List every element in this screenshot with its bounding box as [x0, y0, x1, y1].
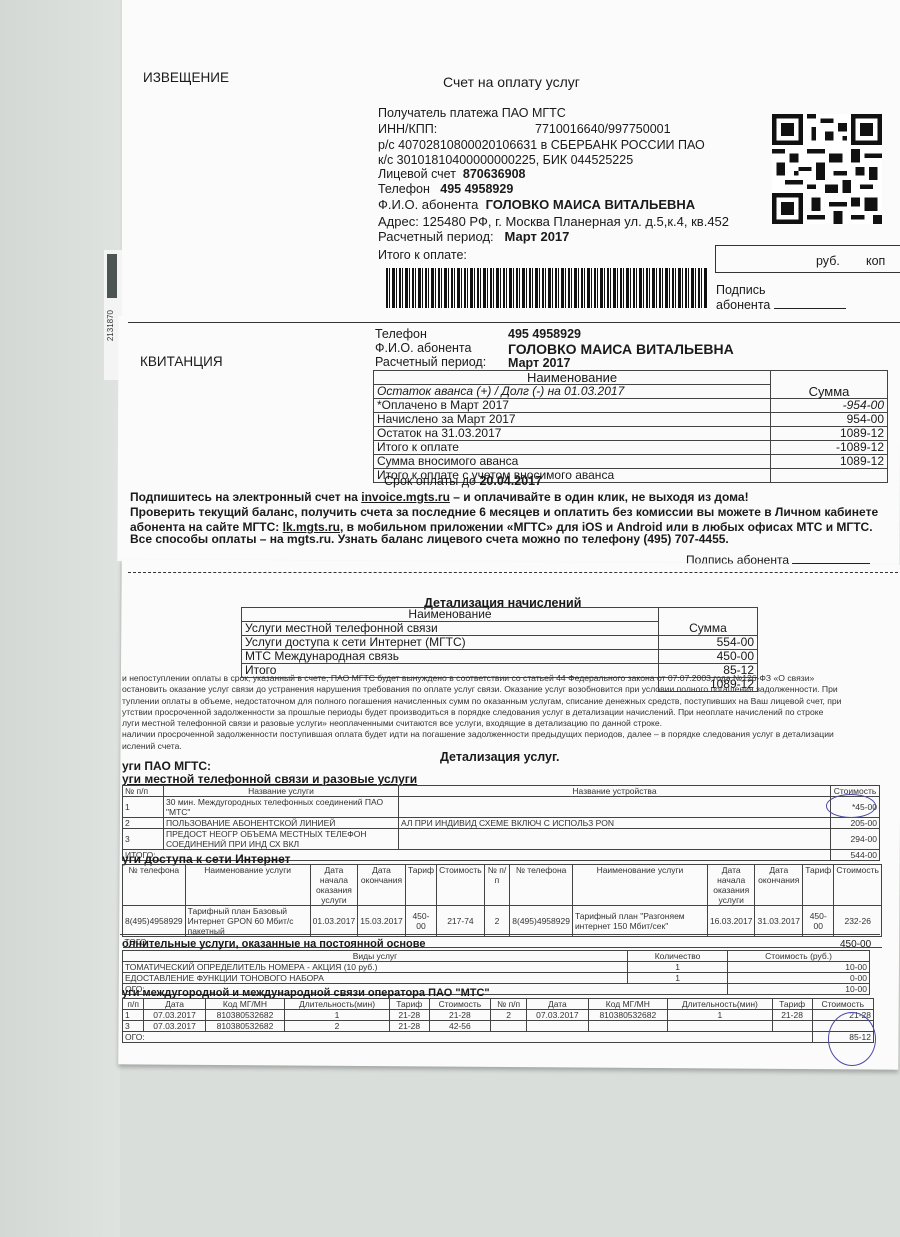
col-header: Код МГ/МН: [205, 999, 285, 1010]
cell: 15.03.2017: [358, 906, 406, 937]
cell: 10-00: [728, 984, 870, 995]
col-header: Дата: [144, 999, 205, 1010]
row-name: *Оплачено в Март 2017: [374, 399, 771, 413]
cell: 42-56: [429, 1021, 490, 1032]
col-sum-header: Сумма: [659, 608, 758, 636]
col-header: № телефона: [123, 865, 186, 906]
services-title: Детализация услуг.: [440, 750, 559, 765]
cell: 1: [123, 1010, 144, 1021]
phone-label: Телефон: [378, 182, 430, 196]
cell: 31.03.2017: [755, 906, 803, 937]
receipt-period-label: Расчетный период:: [375, 355, 486, 370]
cell: 1: [123, 797, 164, 818]
cell: 2: [491, 1010, 527, 1021]
col-header: Тариф: [803, 865, 834, 906]
divider: [128, 322, 900, 323]
cell: 1: [628, 973, 728, 984]
cell: 2: [123, 818, 164, 829]
cell: 21-28: [389, 1021, 429, 1032]
cut-line: [128, 572, 898, 573]
cell: [668, 1021, 772, 1032]
scanner-background: [0, 0, 120, 1237]
phone-value: 495 4958929: [440, 182, 513, 196]
cell: 205-00: [831, 818, 880, 829]
subscriber-value: ГОЛОВКО МАИСА ВИТАЛЬЕВНА: [486, 197, 696, 212]
cell: ПОЛЬЗОВАНИЕ АБОНЕНТСКОЙ ЛИНИЕЙ: [164, 818, 399, 829]
table-row: 3ПРЕДОСТ НЕОГР ОБЪЕМА МЕСТНЫХ ТЕЛЕФОН СО…: [123, 829, 880, 850]
table-row: ТОМАТИЧЕСКИЙ ОПРЕДЕЛИТЕЛЬ НОМЕРА - АКЦИЯ…: [123, 962, 870, 973]
cell: [491, 1021, 527, 1032]
promo-text: Подпишитесь на электронный счет на: [130, 490, 361, 504]
legal-line: остановить оказание услуг связи до устра…: [122, 684, 841, 695]
table-header: Наименование Сумма: [242, 608, 758, 622]
qr-code: [772, 114, 882, 224]
col-header: Код МГ/МН: [588, 999, 668, 1010]
legal-line: наличии просроченной задолженности посту…: [122, 729, 841, 740]
promo-line-2: Проверить текущий баланс, получить счета…: [130, 505, 878, 520]
cell: 232-26: [834, 906, 882, 937]
cell: 30 мин. Междугородных телефонных соедине…: [164, 797, 399, 818]
recipient: Получатель платежа ПАО МГТС: [378, 106, 566, 121]
col-header: № п/п: [123, 786, 164, 797]
cell: 16.03.2017: [707, 906, 755, 937]
col-header: Тариф: [405, 865, 436, 906]
receipt-subscriber-label: Ф.И.О. абонента: [375, 341, 471, 356]
table-row: МТС Международная связь450-00: [242, 650, 758, 664]
col-header: Наименование услуги: [185, 865, 310, 906]
table-row: Начислено за Март 2017954-00: [374, 413, 888, 427]
cell: 810380532682: [588, 1010, 668, 1021]
receipt-phone-value: 495 4958929: [508, 327, 581, 342]
table-header: п/п Дата Код МГ/МН Длительность(мин) Тар…: [123, 999, 874, 1010]
col-sum-header: Сумма: [771, 371, 888, 399]
account-rs: р/с 40702810800020106631 в СБЕРБАНК РОСС…: [378, 138, 705, 153]
table-row: ЕДОСТАВЛЕНИЕ ФУНКЦИИ ТОНОВОГО НАБОРА10-0…: [123, 973, 870, 984]
cell: 21-28: [429, 1010, 490, 1021]
cell: 2: [285, 1021, 389, 1032]
cell: 3: [123, 1021, 144, 1032]
cell: [399, 797, 831, 818]
row-sum: 1089-12: [771, 455, 888, 469]
promo-text: – и оплачивайте в один клик, не выходя и…: [450, 490, 749, 504]
col-name-header: Наименование: [374, 371, 771, 385]
row-sum: 554-00: [659, 636, 758, 650]
signature-line[interactable]: [774, 308, 846, 309]
inn-label: ИНН/КПП:: [378, 122, 437, 137]
cell: 01.03.2017: [310, 906, 358, 937]
divider: [120, 934, 880, 935]
col-header: Стоимость: [437, 865, 485, 906]
cell: 1: [668, 1010, 772, 1021]
intl-services-table: п/п Дата Код МГ/МН Длительность(мин) Тар…: [122, 998, 874, 1043]
col-header: Название устройства: [399, 786, 831, 797]
period-label: Расчетный период:: [378, 229, 494, 244]
inn-value: 7710016640/997750001: [535, 122, 671, 137]
col-header: Тариф: [389, 999, 429, 1010]
row-name: Остаток аванса (+) / Долг (-) на 01.03.2…: [374, 385, 771, 399]
invoice-title: Счет на оплату услуг: [443, 75, 580, 90]
col-header: Дата окончания: [358, 865, 406, 906]
cell: 544-00: [831, 850, 880, 861]
col-header: Дата начала оказания услуги: [310, 865, 358, 906]
cell: 450-00: [803, 906, 834, 937]
cell: 1: [628, 962, 728, 973]
cell: 810380532682: [205, 1021, 285, 1032]
legal-line: луги местной телефонной связи и разовые …: [122, 718, 841, 729]
cell: ТОМАТИЧЕСКИЙ ОПРЕДЕЛИТЕЛЬ НОМЕРА - АКЦИЯ…: [123, 962, 628, 973]
receipt-table: Наименование Сумма Остаток аванса (+) / …: [373, 370, 888, 483]
due-label: Срок оплаты до: [384, 474, 476, 488]
row-sum: -954-00: [771, 399, 888, 413]
receipt-label: КВИТАНЦИЯ: [140, 354, 223, 369]
col-header: Длительность(мин): [285, 999, 389, 1010]
legal-line: и непоступлении оплаты в срок, указанный…: [122, 673, 841, 684]
invoice-link[interactable]: invoice.mgts.ru: [361, 490, 450, 504]
total-label: Итого к оплате:: [378, 248, 467, 263]
col-header: Тариф: [772, 999, 812, 1010]
table-row: Сумма вносимого аванса1089-12: [374, 455, 888, 469]
cell: 8(495)4958929: [123, 906, 186, 937]
row-sum: -1089-12: [771, 441, 888, 455]
col-header: Наименование услуги: [572, 865, 707, 906]
qr-code-icon: [772, 114, 882, 224]
legal-line: утствии просроченной задолженности за пр…: [122, 707, 841, 718]
account-ks: к/с 30101810400000000225, БИК 044525225: [378, 153, 633, 168]
col-header: п/п: [123, 999, 144, 1010]
col-header: Стоимость: [834, 865, 882, 906]
signature-label-2: абонента: [716, 298, 770, 312]
col-name-header: Наименование: [242, 608, 659, 622]
due-value: 20.04.2017: [479, 474, 542, 488]
cell: Тарифный план Базовый Интернет GPON 60 М…: [185, 906, 310, 937]
row-name: Итого к оплате: [374, 441, 771, 455]
receipt-subscriber-value: ГОЛОВКО МАИСА ВИТАЛЬЕВНА: [508, 342, 734, 357]
notice-label: ИЗВЕЩЕНИЕ: [143, 70, 229, 85]
cell: 07.03.2017: [144, 1010, 205, 1021]
internet-services-table: № телефона Наименование услуги Дата нача…: [122, 864, 882, 948]
personal-account-label: Лицевой счет: [378, 167, 456, 181]
row-name: Услуги доступа к сети Интернет (МГТС): [242, 636, 659, 650]
promo-line-4: Все способы оплаты – на mgts.ru. Узнать …: [130, 532, 729, 547]
col-header: № п/п: [491, 999, 527, 1010]
col-header: Название услуги: [164, 786, 399, 797]
subscriber-label: Ф.И.О. абонента: [378, 197, 478, 212]
local-services-table: № п/п Название услуги Название устройств…: [122, 785, 880, 861]
row-name: Начислено за Март 2017: [374, 413, 771, 427]
barcode: [386, 268, 708, 308]
signature-label-1: Подпись: [716, 283, 765, 298]
cell: [399, 829, 831, 850]
cell: ПРЕДОСТ НЕОГР ОБЪЕМА МЕСТНЫХ ТЕЛЕФОН СОЕ…: [164, 829, 399, 850]
col-header: № телефона: [510, 865, 573, 906]
cell: АЛ ПРИ ИНДИВИД СХЕМЕ ВКЛЮЧ С ИСПОЛЬЗ PON: [399, 818, 831, 829]
cell: [588, 1021, 668, 1032]
cell: ЕДОСТАВЛЕНИЕ ФУНКЦИИ ТОНОВОГО НАБОРА: [123, 973, 628, 984]
cell: 450-00: [405, 906, 436, 937]
row-name: Сумма вносимого аванса: [374, 455, 771, 469]
cell: 3: [123, 829, 164, 850]
row-name: МТС Международная связь: [242, 650, 659, 664]
row-name: Остаток на 31.03.2017: [374, 427, 771, 441]
row-name: Услуги местной телефонной связи: [242, 622, 659, 636]
cell: ОГО:: [123, 1032, 813, 1043]
row-sum: [771, 469, 888, 483]
table-row: Итого к оплате-1089-12: [374, 441, 888, 455]
col-header: Стоимость (руб.): [728, 951, 870, 962]
table-row: 2ПОЛЬЗОВАНИЕ АБОНЕНТСКОЙ ЛИНИЕЙАЛ ПРИ ИН…: [123, 818, 880, 829]
row-sum: 450-00: [659, 650, 758, 664]
table-row: ОГО:85-12: [123, 1032, 874, 1043]
col-header: Стоимость: [812, 999, 873, 1010]
cell: 07.03.2017: [527, 1010, 588, 1021]
table-row: 3 07.03.2017 810380532682 2 21-28 42-56: [123, 1021, 874, 1032]
cell: 07.03.2017: [144, 1021, 205, 1032]
table-row: Услуги доступа к сети Интернет (МГТС)554…: [242, 636, 758, 650]
table-row: 1 07.03.2017 810380532682 1 21-28 21-28 …: [123, 1010, 874, 1021]
cell: 8(495)4958929: [510, 906, 573, 937]
col-header: Количество: [628, 951, 728, 962]
cell: 217-74: [437, 906, 485, 937]
col-header: Длительность(мин): [668, 999, 772, 1010]
cell: 10-00: [728, 962, 870, 973]
cell: [772, 1021, 812, 1032]
cell: 0-00: [728, 973, 870, 984]
col-header: Дата окончания: [755, 865, 803, 906]
legal-line: туплении оплаты в объеме, недостаточном …: [122, 696, 841, 707]
col-header: Дата начала оказания услуги: [707, 865, 755, 906]
address: Адрес: 125480 РФ, г. Москва Планерная ул…: [378, 214, 729, 229]
cell: 294-00: [831, 829, 880, 850]
table-row: *Оплачено в Март 2017-954-00: [374, 399, 888, 413]
side-strip-code: 2131870: [106, 310, 115, 341]
pen-circle-mark: [826, 794, 876, 818]
cell: 2: [484, 906, 510, 937]
receipt-phone-label: Телефон: [375, 327, 427, 342]
cell: Тарифный план "Разгоняем интернет 150 Мб…: [572, 906, 707, 937]
table-row: 8(495)4958929 Тарифный план Базовый Инте…: [123, 906, 882, 937]
row-sum: 954-00: [771, 413, 888, 427]
col-header: Стоимость: [429, 999, 490, 1010]
row-sum: 1089-12: [771, 427, 888, 441]
table-header: № телефона Наименование услуги Дата нача…: [123, 865, 882, 906]
table-header: Виды услуг Количество Стоимость (руб.): [123, 951, 870, 962]
table-row: 130 мин. Междугородных телефонных соедин…: [123, 797, 880, 818]
kop-label: коп: [866, 254, 885, 269]
side-strip-mark: [107, 254, 117, 298]
cell: 810380532682: [205, 1010, 285, 1021]
legal-notice: и непоступлении оплаты в срок, указанный…: [122, 673, 841, 752]
cell: 1: [285, 1010, 389, 1021]
table-row: Остаток на 31.03.20171089-12: [374, 427, 888, 441]
cell: 21-28: [772, 1010, 812, 1021]
period-value: Март 2017: [505, 229, 570, 244]
col-header: Виды услуг: [123, 951, 628, 962]
personal-account-value: 870636908: [463, 167, 526, 181]
rub-label: руб.: [816, 254, 840, 269]
table-header: Наименование Сумма: [374, 371, 888, 385]
pen-circle-mark: [828, 1012, 876, 1066]
table-header: № п/п Название услуги Название устройств…: [123, 786, 880, 797]
cell: 21-28: [389, 1010, 429, 1021]
col-header: Дата: [527, 999, 588, 1010]
cell: [527, 1021, 588, 1032]
col-header: № п/п: [484, 865, 510, 906]
receipt-period-value: Март 2017: [508, 356, 570, 371]
